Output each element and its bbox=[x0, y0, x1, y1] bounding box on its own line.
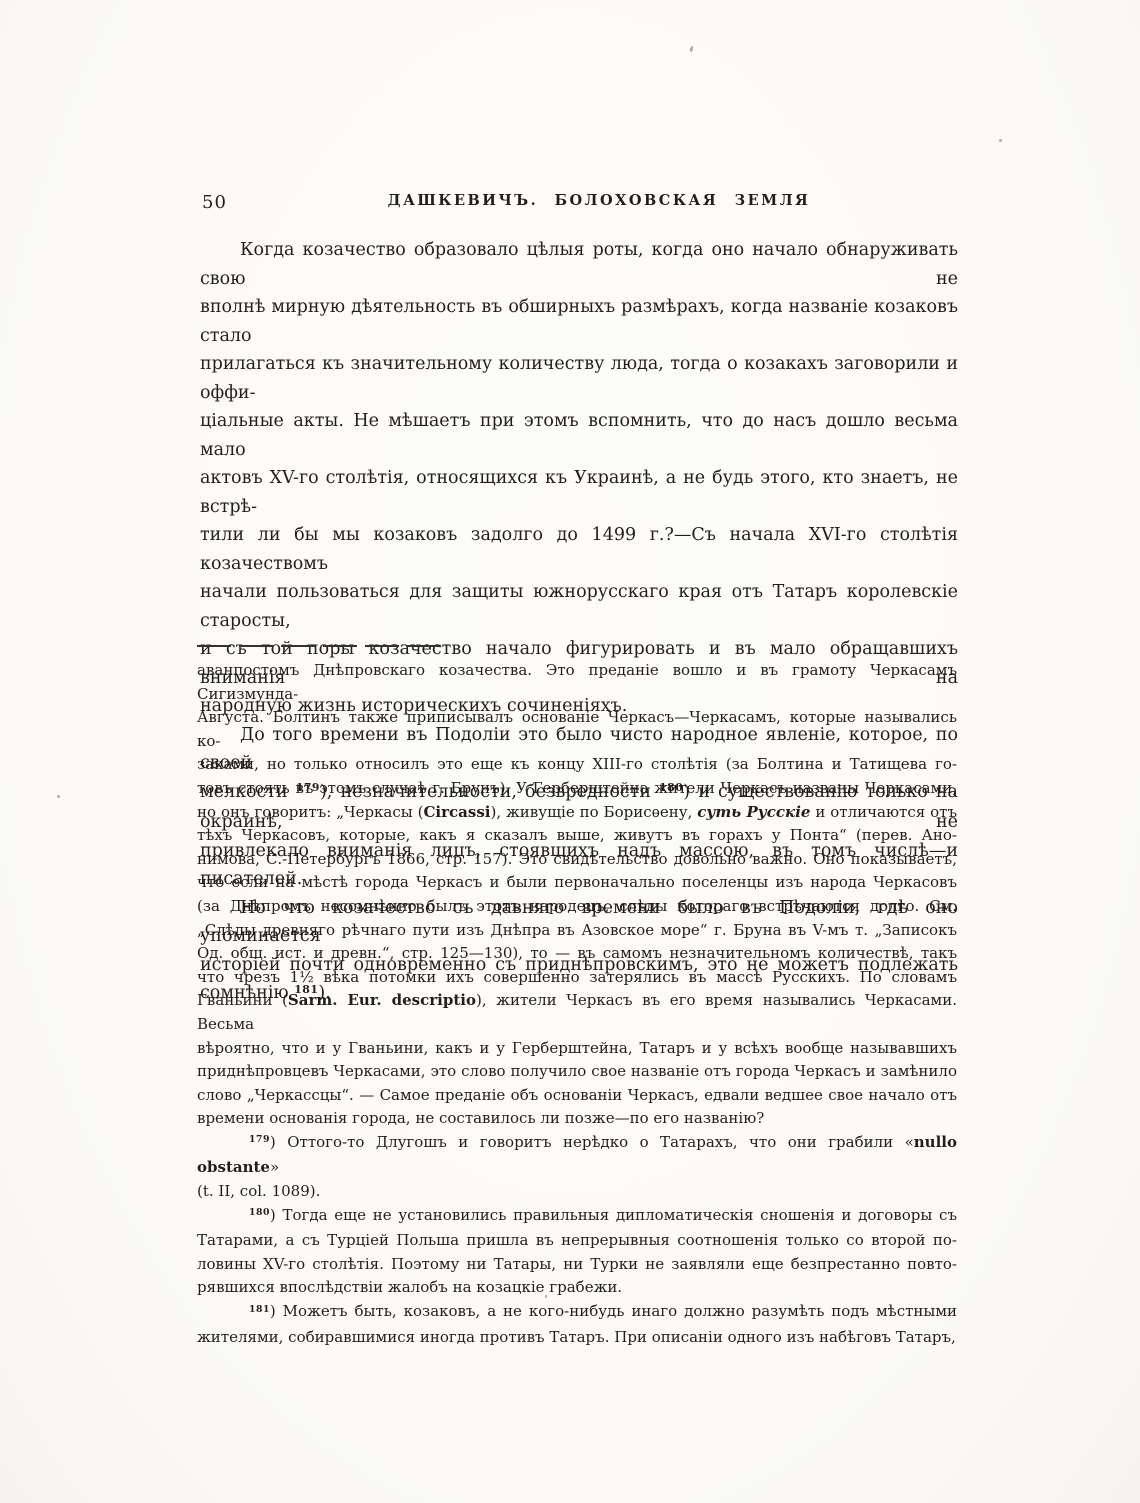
footnote-ref: 181 bbox=[249, 1304, 270, 1315]
text-line: актовъ XV-го столѣтія, относящихся къ Ук… bbox=[200, 464, 958, 521]
text-line: вѣроятно, что и у Гваньини, какъ и у Гер… bbox=[197, 1037, 957, 1061]
scan-speck bbox=[545, 1295, 547, 1298]
text-line: тѣхъ Черкасовъ, которые, какъ я сказалъ … bbox=[197, 824, 957, 848]
text-line: заками, но только относилъ это еще къ ко… bbox=[197, 753, 957, 777]
emphasis-text: nullo obstante bbox=[197, 1133, 957, 1177]
text-line: ціальные акты. Не мѣшаетъ при этомъ вспо… bbox=[200, 407, 958, 464]
text-line: ловины XV-го столѣтія. Поэтому ни Татары… bbox=[197, 1253, 957, 1277]
text-line: жителями, собиравшимися иногда противъ Т… bbox=[197, 1326, 957, 1350]
text-line: 179) Оттого-то Длугошъ и говоритъ нерѣдк… bbox=[197, 1131, 957, 1180]
running-title: ДАШКЕВИЧЪ. БОЛОХОВСКАЯ ЗЕМЛЯ bbox=[200, 192, 958, 209]
emphasis-text: Sarm. Eur. descriptio bbox=[288, 991, 476, 1009]
text-line: прилагаться къ значительному количеству … bbox=[200, 350, 958, 407]
footnote-paragraph: 181) Можетъ быть, козаковъ, а не кого-ни… bbox=[197, 1300, 957, 1349]
text-line: (за Днѣпромъ несомнѣнно былъ этотъ народ… bbox=[197, 895, 957, 919]
text-line: рявшихся впослѣдствіи жалобъ на козацкіе… bbox=[197, 1276, 957, 1300]
text-line: аванпостомъ Днѣпровскаго козачества. Это… bbox=[197, 659, 957, 706]
scan-speck bbox=[689, 46, 694, 53]
page-number: 50 bbox=[202, 192, 227, 213]
text-line: „Слѣды древняго рѣчнаго пути изъ Днѣпра … bbox=[197, 919, 957, 943]
text-line: (t. II, col. 1089). bbox=[197, 1180, 957, 1204]
text-line: Августа. Болтинъ также приписывалъ основ… bbox=[197, 706, 957, 753]
text-line: Татарами, а съ Турціей Польша пришла въ … bbox=[197, 1229, 957, 1253]
text-line: нимова, С.-Петербургъ 1866, стр. 157). Э… bbox=[197, 848, 957, 872]
footnote-ref: 179 bbox=[249, 1134, 270, 1145]
text-line: но онъ говоритъ: „Черкасы (Circassi), жи… bbox=[197, 801, 957, 825]
scan-speck bbox=[999, 139, 1002, 142]
footnote-separator bbox=[197, 645, 442, 647]
main-paragraph: Когда козачество образовало цѣлыя роты, … bbox=[200, 236, 958, 721]
text-line: 180) Тогда еще не установились правильны… bbox=[197, 1204, 957, 1230]
text-line: приднѣпровцевъ Черкасами, это слово полу… bbox=[197, 1060, 957, 1084]
emphasis-text: суть Русскіе bbox=[697, 803, 810, 821]
scan-speck bbox=[57, 795, 60, 798]
text-line: 181) Можетъ быть, козаковъ, а не кого-ни… bbox=[197, 1300, 957, 1326]
text-line: тили ли бы мы козаковъ задолго до 1499 г… bbox=[200, 521, 958, 578]
footnote-paragraph: 180) Тогда еще не установились правильны… bbox=[197, 1204, 957, 1300]
text-line: вполнѣ мирную дѣятельность въ обширныхъ … bbox=[200, 293, 958, 350]
text-line: Гваньини (Sarm. Eur. descriptio), жители… bbox=[197, 989, 957, 1036]
text-line: Од. общ. ист. и древн.“, стр. 125—130), … bbox=[197, 942, 957, 966]
text-line: времени основанія города, не составилось… bbox=[197, 1107, 957, 1131]
emphasis-text: Circassi bbox=[423, 803, 490, 821]
text-line: Когда козачество образовало цѣлыя роты, … bbox=[200, 236, 958, 293]
running-head: 50 ДАШКЕВИЧЪ. БОЛОХОВСКАЯ ЗЕМЛЯ bbox=[200, 192, 958, 216]
text-line: слово „Черкассцы“. — Самое преданіе объ … bbox=[197, 1084, 957, 1108]
text-line: товъ стоять въ этомъ случаѣ г. Брунъ). У… bbox=[197, 777, 957, 801]
text-line: что чрезъ 1½ вѣка потомки ихъ совершенно… bbox=[197, 966, 957, 990]
footnote-paragraph: аванпостомъ Днѣпровскаго козачества. Это… bbox=[197, 659, 957, 1131]
footnote-paragraph: 179) Оттого-то Длугошъ и говоритъ нерѣдк… bbox=[197, 1131, 957, 1204]
footnotes: аванпостомъ Днѣпровскаго козачества. Это… bbox=[197, 659, 957, 1349]
footnote-ref: 180 bbox=[249, 1207, 270, 1218]
text-line: что если на мѣстѣ города Черкасъ и были … bbox=[197, 871, 957, 895]
book-page: 50 ДАШКЕВИЧЪ. БОЛОХОВСКАЯ ЗЕМЛЯ Когда ко… bbox=[0, 0, 1140, 1503]
text-line: начали пользоваться для защиты южнорусск… bbox=[200, 578, 958, 635]
